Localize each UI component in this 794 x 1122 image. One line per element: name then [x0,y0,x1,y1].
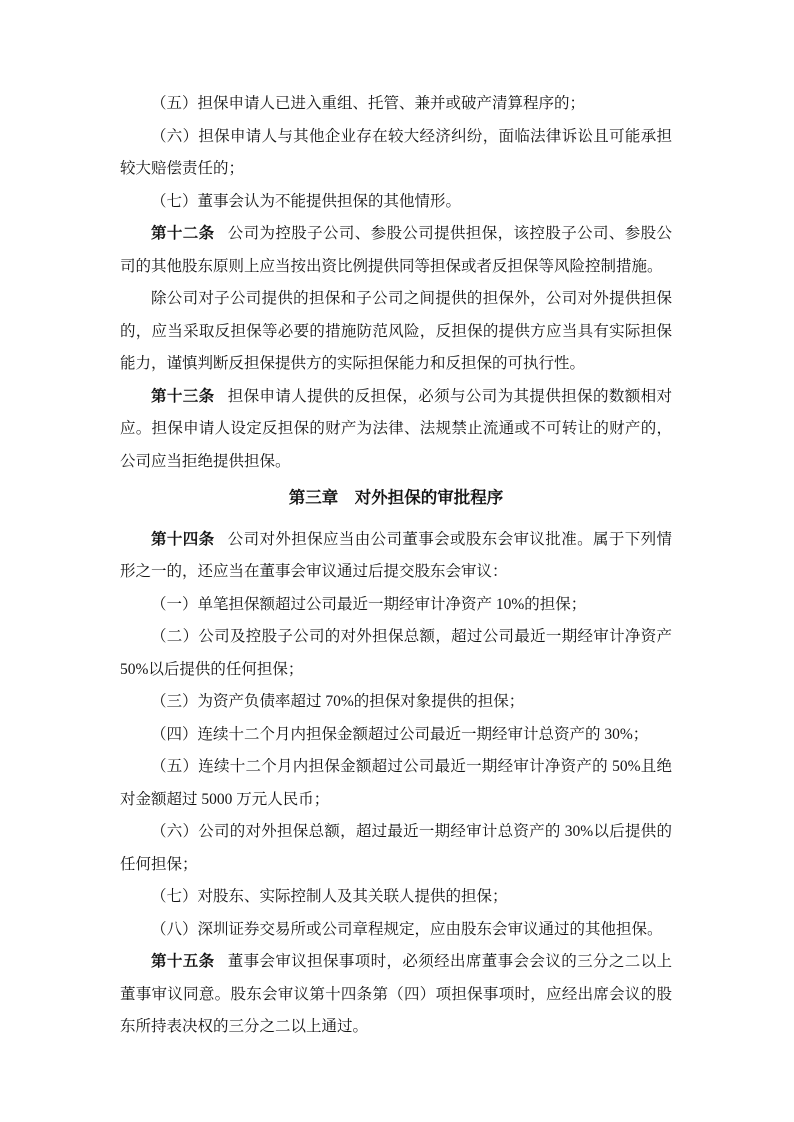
paragraph: 第十三条担保申请人提供的反担保，必须与公司为其提供担保的数额相对应。担保申请人设… [120,381,672,479]
paragraph: 第十四条公司对外担保应当由公司董事会或股东会审议批准。属于下列情形之一的，还应当… [120,524,672,589]
article-number: 第十四条 [151,531,215,548]
paragraph-text: （三）为资产负债率超过 70%的担保对象提供的担保； [151,693,524,710]
paragraph-text: （五）担保申请人已进入重组、托管、兼并或破产清算程序的； [151,95,585,112]
paragraph-text: （七）董事会认为不能提供担保的其他情形。 [151,193,461,210]
paragraph: （六）担保申请人与其他企业存在较大经济纠纷，面临法律诉讼且可能承担较大赔偿责任的… [120,121,672,186]
paragraph: （七）对股东、实际控制人及其关联人提供的担保； [120,881,672,914]
paragraph-text: （二）公司及控股子公司的对外担保总额，超过公司最近一期经审计净资产 50%以后提… [120,628,672,678]
paragraph-text: （五）连续十二个月内担保金额超过公司最近一期经审计净资产的 50%且绝对金额超过… [120,758,672,808]
paragraph: 第十二条公司为控股子公司、参股公司提供担保，该控股子公司、参股公司的其他股东原则… [120,218,672,283]
paragraph-text: （八）深圳证券交易所或公司章程规定，应由股东会审议通过的其他担保。 [151,921,663,938]
article-number: 第十五条 [151,953,215,970]
paragraph: （三）为资产负债率超过 70%的担保对象提供的担保； [120,686,672,719]
paragraph: （八）深圳证券交易所或公司章程规定，应由股东会审议通过的其他担保。 [120,914,672,947]
paragraph-text: （一）单笔担保额超过公司最近一期经审计净资产 10%的担保； [151,596,586,613]
paragraph: （一）单笔担保额超过公司最近一期经审计净资产 10%的担保； [120,589,672,622]
paragraph: （七）董事会认为不能提供担保的其他情形。 [120,186,672,219]
article-number: 第十三条 [151,388,215,405]
paragraph: （五）连续十二个月内担保金额超过公司最近一期经审计净资产的 50%且绝对金额超过… [120,751,672,816]
paragraph-text: 除公司对子公司提供的担保和子公司之间提供的担保外，公司对外提供担保的，应当采取反… [120,290,672,372]
paragraph: 第十五条董事会审议担保事项时，必须经出席董事会会议的三分之二以上董事审议同意。股… [120,946,672,1044]
paragraph-text: （四）连续十二个月内担保金额超过公司最近一期经审计总资产的 30%； [151,726,648,743]
paragraph: （二）公司及控股子公司的对外担保总额，超过公司最近一期经审计净资产 50%以后提… [120,621,672,686]
document-page: （五）担保申请人已进入重组、托管、兼并或破产清算程序的；（六）担保申请人与其他企… [0,0,794,1122]
paragraph: （五）担保申请人已进入重组、托管、兼并或破产清算程序的； [120,88,672,121]
chapter-heading: 第三章 对外担保的审批程序 [120,482,672,515]
article-number: 第十二条 [151,225,215,242]
paragraph-text: （七）对股东、实际控制人及其关联人提供的担保； [151,888,508,905]
paragraph-text: （六）担保申请人与其他企业存在较大经济纠纷，面临法律诉讼且可能承担较大赔偿责任的… [120,128,672,178]
paragraph: 除公司对子公司提供的担保和子公司之间提供的担保外，公司对外提供担保的，应当采取反… [120,283,672,381]
paragraph: （六）公司的对外担保总额，超过最近一期经审计总资产的 30%以后提供的任何担保； [120,816,672,881]
chapter-heading-text: 第三章 对外担保的审批程序 [289,488,504,507]
paragraph-text: （六）公司的对外担保总额，超过最近一期经审计总资产的 30%以后提供的任何担保； [120,823,672,873]
paragraph: （四）连续十二个月内担保金额超过公司最近一期经审计总资产的 30%； [120,719,672,752]
